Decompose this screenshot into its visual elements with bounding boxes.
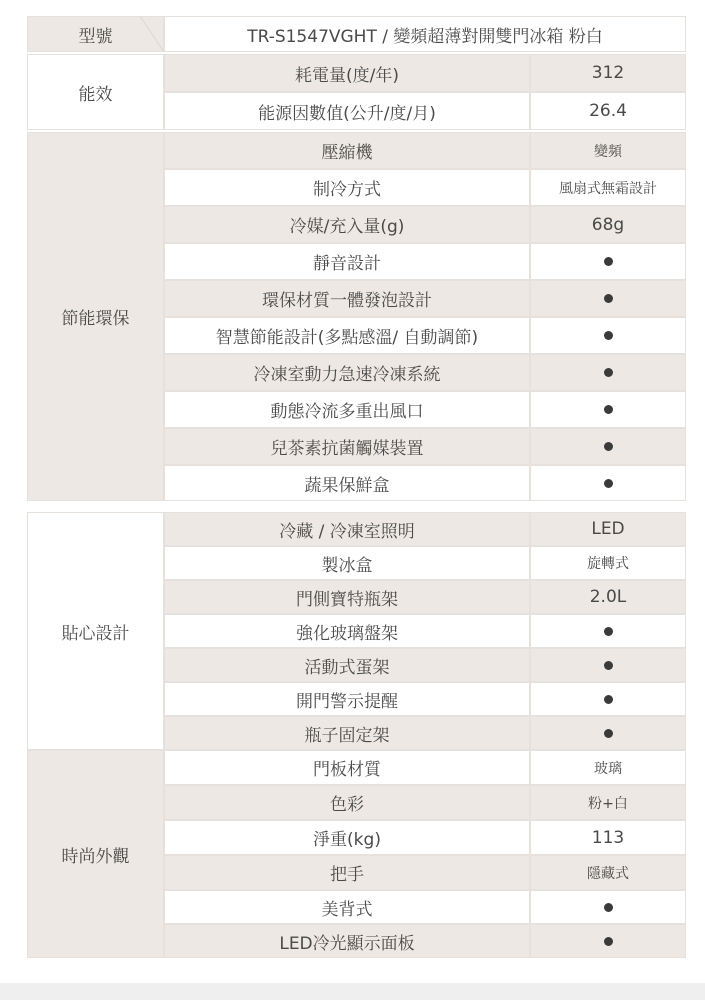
spec-value-cell: 113 [530, 820, 686, 855]
spec-label: 活動式蛋架 [305, 653, 390, 678]
spec-label: 製冰盒 [322, 551, 373, 576]
spec-label: 靜音設計 [313, 249, 381, 274]
category-cell: 節能環保 [27, 132, 164, 501]
spec-label-cell: 製冰盒 [164, 546, 530, 580]
spec-value-cell: 變頻 [530, 132, 686, 169]
spec-value-cell [530, 614, 686, 648]
category-label: 時尚外觀 [62, 842, 130, 867]
spec-value-cell [530, 890, 686, 924]
spec-value: 風扇式無霜設計 [559, 178, 657, 198]
spec-label: 美背式 [322, 895, 373, 920]
feature-dot-icon [604, 903, 613, 912]
feature-dot-icon [604, 729, 613, 738]
spec-value-cell [530, 428, 686, 465]
spec-value: 旋轉式 [587, 553, 629, 573]
spec-label: 門板材質 [313, 755, 381, 780]
spec-value-cell: 26.4 [530, 92, 686, 130]
spec-label-cell: 門板材質 [164, 750, 530, 785]
feature-dot-icon [604, 479, 613, 488]
spec-label: 蔬果保鮮盒 [305, 471, 390, 496]
spec-label-cell: 開門警示提醒 [164, 682, 530, 716]
spec-label-cell: 活動式蛋架 [164, 648, 530, 682]
spec-value: 26.4 [589, 101, 627, 121]
feature-dot-icon [604, 937, 613, 946]
feature-dot-icon [604, 627, 613, 636]
spec-value: 312 [592, 63, 624, 83]
spec-label-cell: 冷媒/充入量(g) [164, 206, 530, 243]
model-header-label-text: 型號 [79, 22, 113, 47]
spec-value-cell: 68g [530, 206, 686, 243]
spec-label: 色彩 [330, 790, 364, 815]
spec-value: 變頻 [594, 141, 622, 161]
category-label: 貼心設計 [62, 619, 130, 644]
spec-label: 強化玻璃盤架 [296, 619, 398, 644]
spec-label-cell: 美背式 [164, 890, 530, 924]
model-value-text: TR-S1547VGHT / 變頻超薄對開雙門冰箱 粉白 [247, 22, 603, 47]
spec-label-cell: 壓縮機 [164, 132, 530, 169]
spec-value-cell [530, 682, 686, 716]
spec-value-cell: 風扇式無霜設計 [530, 169, 686, 206]
footer-bar [0, 983, 705, 1000]
spec-label: 兒茶素抗菌觸媒裝置 [271, 434, 424, 459]
category-cell: 能效 [27, 54, 164, 130]
category-label: 節能環保 [62, 304, 130, 329]
spec-value: LED [591, 519, 624, 539]
spec-value-cell: 旋轉式 [530, 546, 686, 580]
spec-value: 玻璃 [594, 758, 622, 778]
spec-label-cell: 色彩 [164, 785, 530, 820]
spec-label-cell: 智慧節能設計(多點感溫/ 自動調節) [164, 317, 530, 354]
spec-label-cell: 蔬果保鮮盒 [164, 465, 530, 501]
spec-value-cell: LED [530, 512, 686, 546]
spec-label-cell: 門側寶特瓶架 [164, 580, 530, 614]
spec-label-cell: LED冷光顯示面板 [164, 924, 530, 958]
feature-dot-icon [604, 368, 613, 377]
spec-label: 環保材質一體發泡設計 [262, 286, 432, 311]
spec-label-cell: 動態冷流多重出風口 [164, 391, 530, 428]
spec-label: 淨重(kg) [313, 825, 381, 850]
spec-label-cell: 淨重(kg) [164, 820, 530, 855]
spec-label-cell: 靜音設計 [164, 243, 530, 280]
feature-dot-icon [604, 405, 613, 414]
feature-dot-icon [604, 331, 613, 340]
spec-label-cell: 環保材質一體發泡設計 [164, 280, 530, 317]
category-label: 能效 [79, 80, 113, 105]
spec-value-cell [530, 465, 686, 501]
spec-label: 動態冷流多重出風口 [271, 397, 424, 422]
spec-label: 能源因數值(公升/度/月) [258, 99, 436, 124]
spec-value-cell: 玻璃 [530, 750, 686, 785]
spec-value-cell [530, 924, 686, 958]
spec-value: 2.0L [590, 587, 627, 607]
spec-label-cell: 制冷方式 [164, 169, 530, 206]
category-cell: 時尚外觀 [27, 750, 164, 958]
spec-label-cell: 強化玻璃盤架 [164, 614, 530, 648]
spec-label-cell: 瓶子固定架 [164, 716, 530, 750]
spec-label: 瓶子固定架 [305, 721, 390, 746]
category-cell: 貼心設計 [27, 512, 164, 750]
feature-dot-icon [604, 294, 613, 303]
spec-value-cell [530, 280, 686, 317]
spec-label: 冷媒/充入量(g) [290, 212, 405, 237]
spec-value-cell [530, 243, 686, 280]
spec-label-cell: 冷凍室動力急速冷凍系統 [164, 354, 530, 391]
spec-value: 113 [592, 828, 624, 848]
feature-dot-icon [604, 442, 613, 451]
spec-label: 開門警示提醒 [296, 687, 398, 712]
spec-value-cell: 粉+白 [530, 785, 686, 820]
spec-value-cell [530, 648, 686, 682]
spec-value-cell [530, 391, 686, 428]
spec-label: 智慧節能設計(多點感溫/ 自動調節) [216, 323, 478, 348]
spec-label-cell: 兒茶素抗菌觸媒裝置 [164, 428, 530, 465]
model-value: TR-S1547VGHT / 變頻超薄對開雙門冰箱 粉白 [164, 16, 686, 52]
spec-value-cell: 隱藏式 [530, 855, 686, 890]
spec-label: 壓縮機 [322, 138, 373, 163]
feature-dot-icon [604, 661, 613, 670]
feature-dot-icon [604, 257, 613, 266]
spec-value: 粉+白 [588, 793, 628, 813]
spec-label: 制冷方式 [313, 175, 381, 200]
spec-label: LED冷光顯示面板 [279, 929, 414, 954]
spec-label: 耗電量(度/年) [295, 61, 399, 86]
header-diagonal-decoration [140, 16, 164, 52]
spec-label: 冷凍室動力急速冷凍系統 [254, 360, 441, 385]
spec-label-cell: 把手 [164, 855, 530, 890]
spec-label: 冷藏 / 冷凍室照明 [279, 517, 415, 542]
spec-label-cell: 耗電量(度/年) [164, 54, 530, 92]
spec-label-cell: 冷藏 / 冷凍室照明 [164, 512, 530, 546]
spec-value-cell: 312 [530, 54, 686, 92]
spec-value-cell: 2.0L [530, 580, 686, 614]
spec-label: 把手 [330, 860, 364, 885]
spec-value: 隱藏式 [587, 863, 629, 883]
spec-label-cell: 能源因數值(公升/度/月) [164, 92, 530, 130]
feature-dot-icon [604, 695, 613, 704]
spec-value-cell [530, 317, 686, 354]
spec-value-cell [530, 354, 686, 391]
spec-value-cell [530, 716, 686, 750]
spec-label: 門側寶特瓶架 [296, 585, 398, 610]
spec-value: 68g [592, 215, 624, 235]
